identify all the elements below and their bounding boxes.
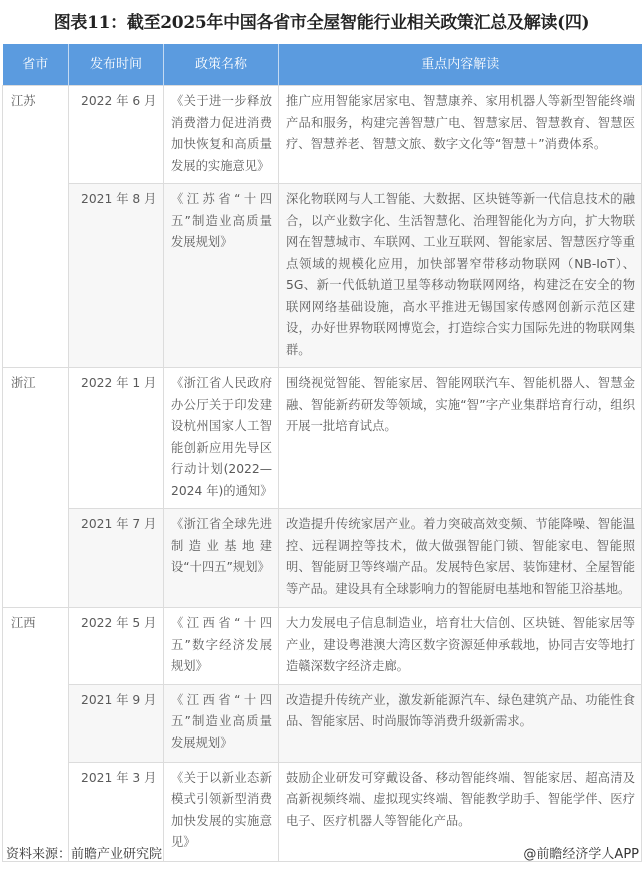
date-cell: 2021 年 8 月 — [69, 184, 164, 368]
date-cell: 2022 年 6 月 — [69, 86, 164, 184]
content-cell: 推广应用智能家居家电、智慧康养、家用机器人等新型智能终端产品和服务，构建完善智慧… — [279, 86, 642, 184]
policy-name-cell: 《浙江省全球先进制造业基地建设“十四五”规划》 — [164, 509, 279, 608]
policy-name-cell: 《关于进一步释放消费潜力促进消费加快恢复和高质量发展的实施意见》 — [164, 86, 279, 184]
header-province: 省市 — [3, 44, 69, 86]
header-policy-name: 政策名称 — [164, 44, 279, 86]
policy-name-cell: 《关于以新业态新模式引领新型消费加快发展的实施意见》 — [164, 762, 279, 861]
table-row: 2021 年 7 月 《浙江省全球先进制造业基地建设“十四五”规划》 改造提升传… — [3, 509, 642, 608]
date-cell: 2022 年 5 月 — [69, 608, 164, 685]
content-cell: 改造提升传统产业，激发新能源汽车、绿色建筑产品、功能性食品、智能家居、时尚服饰等… — [279, 684, 642, 762]
table-row: 2021 年 8 月 《江苏省“十四五”制造业高质量发展规划》 深化物联网与人工… — [3, 184, 642, 368]
source-note: 资料来源：前瞻产业研究院 — [6, 843, 162, 862]
table-row: 江西 2022 年 5 月 《江西省“十四五”数字经济发展规划》 大力发展电子信… — [3, 608, 642, 685]
province-cell: 浙江 — [3, 368, 69, 608]
policy-name-cell: 《江西省“十四五”数字经济发展规划》 — [164, 608, 279, 685]
table-row: 浙江 2022 年 1 月 《浙江省人民政府办公厅关于印发建设杭州国家人工智能创… — [3, 368, 642, 509]
content-cell: 改造提升传统家居产业。着力突破高效变频、节能降噪、智能温控、远程调控等技术，做大… — [279, 509, 642, 608]
province-cell: 江苏 — [3, 86, 69, 368]
policy-name-cell: 《江西省“十四五”制造业高质量发展规划》 — [164, 684, 279, 762]
content-cell: 深化物联网与人工智能、大数据、区块链等新一代信息技术的融合，以产业数字化、生活智… — [279, 184, 642, 368]
policy-table: 省市 发布时间 政策名称 重点内容解读 江苏 2022 年 6 月 《关于进一步… — [2, 44, 642, 862]
date-cell: 2021 年 9 月 — [69, 684, 164, 762]
table-row: 江苏 2022 年 6 月 《关于进一步释放消费潜力促进消费加快恢复和高质量发展… — [3, 86, 642, 184]
header-key-content: 重点内容解读 — [279, 44, 642, 86]
table-header-row: 省市 发布时间 政策名称 重点内容解读 — [3, 44, 642, 86]
content-cell: 大力发展电子信息制造业，培育壮大信创、区块链、智能家居等产业，建设粤港澳大湾区数… — [279, 608, 642, 685]
header-date: 发布时间 — [69, 44, 164, 86]
table-row: 2021 年 9 月 《江西省“十四五”制造业高质量发展规划》 改造提升传统产业… — [3, 684, 642, 762]
credit-note: @前瞻经济学人APP — [523, 843, 639, 862]
province-cell: 江西 — [3, 608, 69, 862]
content-cell: 围绕视觉智能、智能家居、智能网联汽车、智能机器人、智慧金融、智能新药研发等领域，… — [279, 368, 642, 509]
date-cell: 2021 年 7 月 — [69, 509, 164, 608]
date-cell: 2022 年 1 月 — [69, 368, 164, 509]
chart-title: 图表11：截至2025年中国各省市全屋智能行业相关政策汇总及解读(四) — [0, 8, 643, 33]
policy-name-cell: 《江苏省“十四五”制造业高质量发展规划》 — [164, 184, 279, 368]
policy-name-cell: 《浙江省人民政府办公厅关于印发建设杭州国家人工智能创新应用先导区行动计划(202… — [164, 368, 279, 509]
